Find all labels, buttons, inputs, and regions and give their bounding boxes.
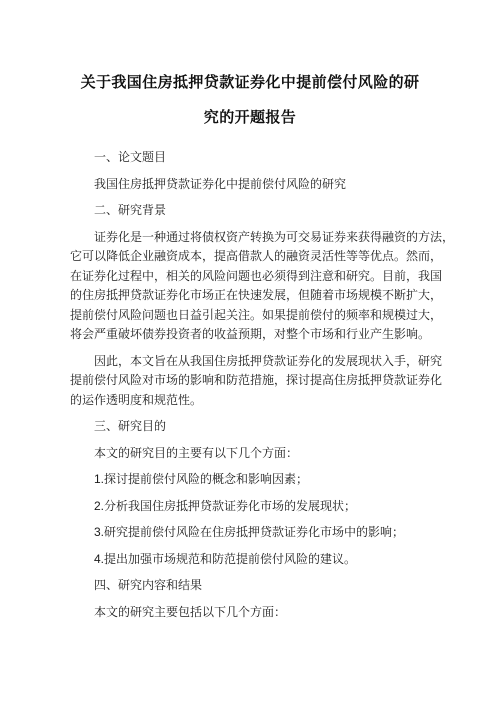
- section-heading: 一、论文题目: [70, 148, 430, 168]
- paragraph-line: 它可以降低企业融资成本，提高借款人的融资灵活性等等优点。然而，: [70, 247, 430, 267]
- paragraph: 本文的研究主要包括以下几个方面：: [70, 603, 430, 623]
- document-body: 一、论文题目我国住房抵押贷款证券化中提前偿付风险的研究二、研究背景证券化是一种通…: [70, 148, 430, 622]
- title-line: 关于我国住房抵押贷款证券化中提前偿付风险的研: [70, 65, 430, 100]
- section-heading-line: 三、研究目的: [70, 417, 430, 437]
- paragraph-line: 我国住房抵押贷款证券化中提前偿付风险的研究: [70, 175, 430, 195]
- list-item: 4.提出加强市场规范和防范提前偿付风险的建议。: [70, 550, 430, 570]
- section-heading-line: 四、研究内容和结果: [70, 576, 430, 596]
- paragraph-line: 将会严重破坏债券投资者的收益预期，对整个市场和行业产生影响。: [70, 325, 430, 345]
- paragraph-line: 因此，本文旨在从我国住房抵押贷款证券化的发展现状入手，研究: [70, 352, 430, 372]
- section-heading: 二、研究背景: [70, 201, 430, 221]
- paragraph-line: 本文的研究目的主要有以下几个方面：: [70, 444, 430, 464]
- list-item: 2.分析我国住房抵押贷款证券化市场的发展现状；: [70, 497, 430, 517]
- paragraph-line: 的住房抵押贷款证券化市场正在快速发展，但随着市场规模不断扩大，: [70, 286, 430, 306]
- document-title: 关于我国住房抵押贷款证券化中提前偿付风险的研 究的开题报告: [70, 65, 430, 135]
- paragraph-line: 本文的研究主要包括以下几个方面：: [70, 603, 430, 623]
- document-page: 关于我国住房抵押贷款证券化中提前偿付风险的研 究的开题报告 一、论文题目我国住房…: [0, 0, 500, 707]
- paragraph-line: 在证券化过程中，相关的风险问题也必须得到注意和研究。目前，我国: [70, 267, 430, 287]
- paragraph: 我国住房抵押贷款证券化中提前偿付风险的研究: [70, 175, 430, 195]
- section-heading-line: 二、研究背景: [70, 201, 430, 221]
- list-item: 3.研究提前偿付风险在住房抵押贷款证券化市场中的影响；: [70, 523, 430, 543]
- list-item: 1.探讨提前偿付风险的概念和影响因素；: [70, 470, 430, 490]
- title-line: 究的开题报告: [70, 100, 430, 135]
- section-heading: 四、研究内容和结果: [70, 576, 430, 596]
- paragraph-line: 提前偿付风险对市场的影响和防范措施，探讨提高住房抵押贷款证券化: [70, 371, 430, 391]
- paragraph-line: 提前偿付风险问题也日益引起关注。如果提前偿付的频率和规模过大，: [70, 306, 430, 326]
- paragraph-line: 的运作透明度和规范性。: [70, 391, 430, 411]
- list-item-line: 1.探讨提前偿付风险的概念和影响因素；: [70, 470, 430, 490]
- paragraph: 因此，本文旨在从我国住房抵押贷款证券化的发展现状入手，研究提前偿付风险对市场的影…: [70, 352, 430, 411]
- paragraph: 证券化是一种通过将债权资产转换为可交易证券来获得融资的方法，它可以降低企业融资成…: [70, 228, 430, 345]
- section-heading: 三、研究目的: [70, 417, 430, 437]
- section-heading-line: 一、论文题目: [70, 148, 430, 168]
- paragraph: 本文的研究目的主要有以下几个方面：: [70, 444, 430, 464]
- list-item-line: 2.分析我国住房抵押贷款证券化市场的发展现状；: [70, 497, 430, 517]
- paragraph-line: 证券化是一种通过将债权资产转换为可交易证券来获得融资的方法，: [70, 228, 430, 248]
- list-item-line: 3.研究提前偿付风险在住房抵押贷款证券化市场中的影响；: [70, 523, 430, 543]
- list-item-line: 4.提出加强市场规范和防范提前偿付风险的建议。: [70, 550, 430, 570]
